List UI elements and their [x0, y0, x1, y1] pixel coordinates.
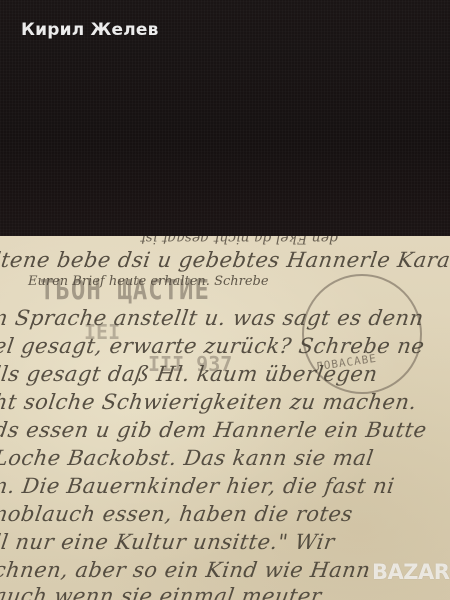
- handwriting-line: n Sprache anstellt u. was sagt es denn: [0, 306, 425, 330]
- handwritten-postcard: den Ekel da nicht gesagt ist ТЬОН ЩАСТИЕ…: [0, 236, 450, 600]
- handwriting-line: chnen, aber so ein Kind wie Hann: [0, 558, 372, 582]
- handwriting-line: Loche Backobst. Das kann sie mal: [0, 446, 375, 470]
- handwriting-line: noblauch essen, haben die rotes: [0, 502, 355, 526]
- handwriting-line: ltene bebe dsi u gebebtes Hannerle Kara: [0, 248, 450, 272]
- handwriting-line: lls gesagt daß Hl. kaum überlegen: [0, 362, 379, 386]
- handwriting-line: ds essen u gib dem Hannerle ein Butte: [0, 418, 428, 442]
- seller-name: Кирил Желев: [21, 20, 159, 40]
- bazar-watermark-logo: BAZAR: [372, 560, 449, 584]
- handwriting-line: auch wenn sie einmal meuter: [0, 584, 323, 600]
- handwriting-line: Euren Brief heute erhalten. Schrebe: [28, 274, 269, 289]
- handwriting-line: el gesagt, erwarte zurück? Schrebe ne: [0, 334, 426, 358]
- upside-down-handwriting: den Ekel da nicht gesagt ist: [140, 236, 338, 246]
- handwriting-line: n. Die Bauernkinder hier, die fast ni: [0, 474, 396, 498]
- handwriting-line: ht solche Schwierigkeiten zu machen.: [0, 390, 418, 414]
- handwriting-line: ll nur eine Kultur unsitte." Wir: [0, 530, 336, 554]
